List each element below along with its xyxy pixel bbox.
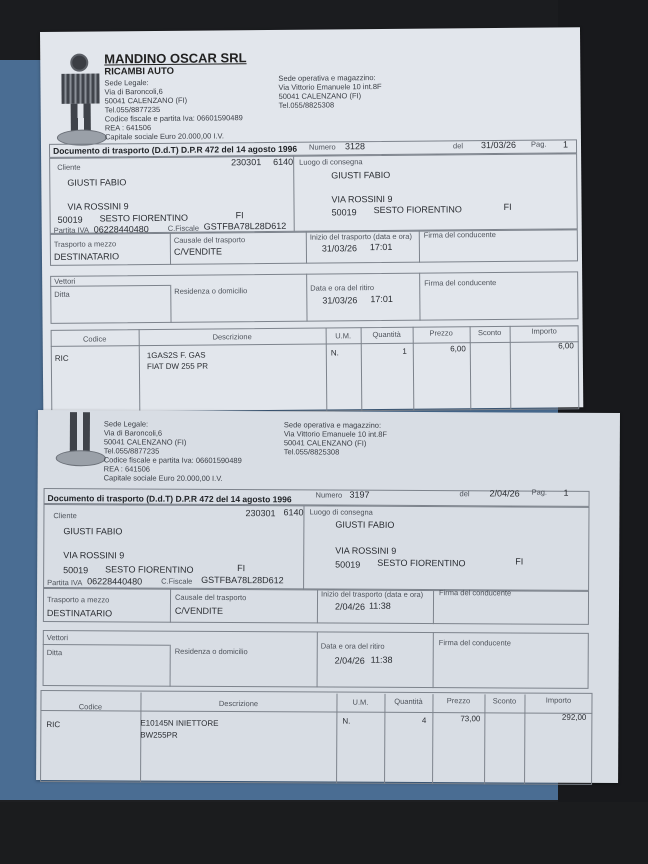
client-street: VIA ROSSINI 9 bbox=[63, 550, 124, 560]
client-code: 230301 bbox=[245, 508, 275, 518]
legal-office-block: Sede Legale: Via di Baroncoli,6 50041 CA… bbox=[104, 419, 242, 483]
dark-background-bottom bbox=[0, 802, 648, 864]
company-subtitle: RICAMBI AUTO bbox=[104, 66, 174, 78]
page-number: 1 bbox=[563, 139, 568, 149]
client-name: GIUSTI FABIO bbox=[63, 526, 122, 536]
delivery-name: GIUSTI FABIO bbox=[335, 520, 394, 530]
company-logo-icon bbox=[54, 406, 106, 498]
delivery-name: GIUSTI FABIO bbox=[331, 170, 390, 181]
doc-date: 2/04/26 bbox=[490, 488, 520, 498]
doc-date: 31/03/26 bbox=[481, 140, 516, 150]
doc-number: 3128 bbox=[345, 141, 365, 151]
page-number: 1 bbox=[564, 488, 569, 498]
transport-by: DESTINATARIO bbox=[47, 608, 112, 618]
doc-number: 3197 bbox=[350, 490, 370, 500]
fiscal-code: GSTFBA78L28D612 bbox=[201, 575, 284, 585]
pickup-date: 2/04/26 bbox=[335, 656, 365, 666]
fiscal-code: GSTFBA78L28D612 bbox=[204, 221, 287, 232]
transport-document-1: MANDINO OSCAR SRL RICAMBI AUTO Sede Lega… bbox=[40, 27, 583, 412]
transport-start-time: 17:01 bbox=[370, 242, 393, 252]
vat-number: 06228440480 bbox=[87, 576, 142, 586]
operational-office-block: Sede operativa e magazzino: Via Vittorio… bbox=[278, 73, 381, 110]
doc-title: Documento di trasporto (D.d.T) D.P.R 472… bbox=[53, 144, 297, 156]
pickup-time: 17:01 bbox=[370, 294, 393, 304]
client-ref: 6140 bbox=[273, 157, 293, 167]
operational-office-block: Sede operativa e magazzino: Via Vittorio… bbox=[284, 420, 387, 457]
transport-by: DESTINATARIO bbox=[54, 251, 119, 262]
company-logo-icon bbox=[54, 51, 107, 143]
transport-reason: C/VENDITE bbox=[174, 246, 222, 256]
pickup-time: 11:38 bbox=[371, 655, 393, 665]
transport-start-date: 2/04/26 bbox=[335, 602, 365, 612]
client-ref: 6140 bbox=[283, 507, 303, 517]
transport-start-date: 31/03/26 bbox=[322, 243, 357, 253]
client-street: VIA ROSSINI 9 bbox=[67, 201, 128, 212]
transport-start-time: 11:38 bbox=[369, 601, 391, 611]
transport-reason: C/VENDITE bbox=[175, 606, 223, 616]
legal-office-block: Sede Legale: Via di Baroncoli,6 50041 CA… bbox=[104, 77, 243, 141]
company-name: MANDINO OSCAR SRL bbox=[104, 50, 246, 66]
client-name: GIUSTI FABIO bbox=[67, 177, 126, 188]
doc-title: Documento di trasporto (D.d.T) D.P.R 472… bbox=[48, 493, 292, 504]
transport-document-2: Sede Legale: Via di Baroncoli,6 50041 CA… bbox=[36, 410, 620, 783]
pickup-date: 31/03/26 bbox=[322, 295, 357, 305]
client-code: 230301 bbox=[231, 157, 261, 167]
